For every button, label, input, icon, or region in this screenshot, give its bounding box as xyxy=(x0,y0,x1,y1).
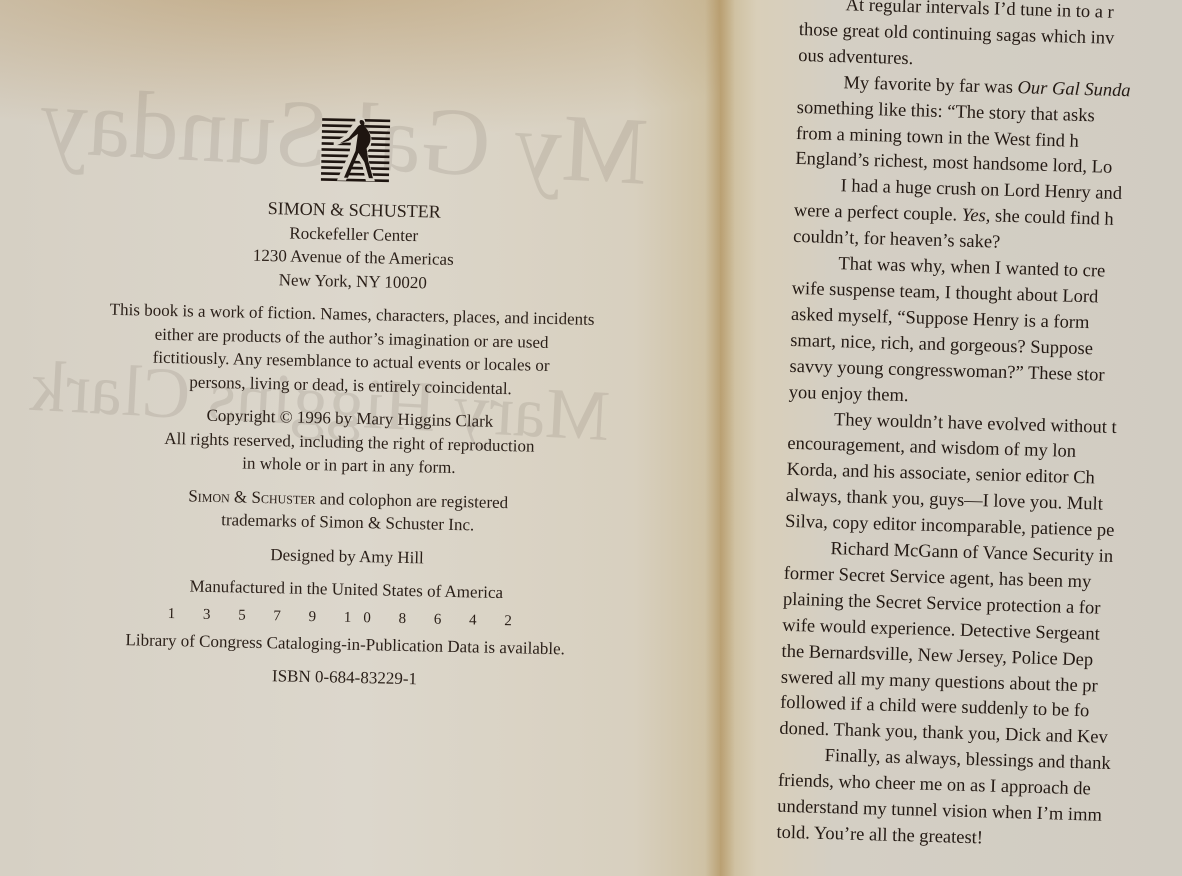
sower-colophon-icon xyxy=(319,114,392,187)
text-segment: were a perfect couple. xyxy=(794,201,962,226)
copyright-page-block: SIMON & SCHUSTER Rockefeller Center 1230… xyxy=(54,109,646,696)
italic-title: Yes, xyxy=(961,206,990,227)
open-book-spread: My Gal Sunday Mary Higgins Clark xyxy=(0,0,1182,876)
trademark-smallcaps: Simon & Schuster xyxy=(188,486,316,508)
trademark-rest: and colophon are registered xyxy=(315,489,508,512)
book-gutter xyxy=(705,0,735,876)
acknowledgments-text: At regular intervals I’d tune in to a rt… xyxy=(776,0,1182,861)
text-segment: she could find h xyxy=(990,207,1114,230)
italic-title: Our Gal Sunda xyxy=(1017,78,1131,101)
text-segment: My favorite by far was xyxy=(843,73,1018,98)
left-page-copyright: My Gal Sunday Mary Higgins Clark xyxy=(0,0,720,876)
